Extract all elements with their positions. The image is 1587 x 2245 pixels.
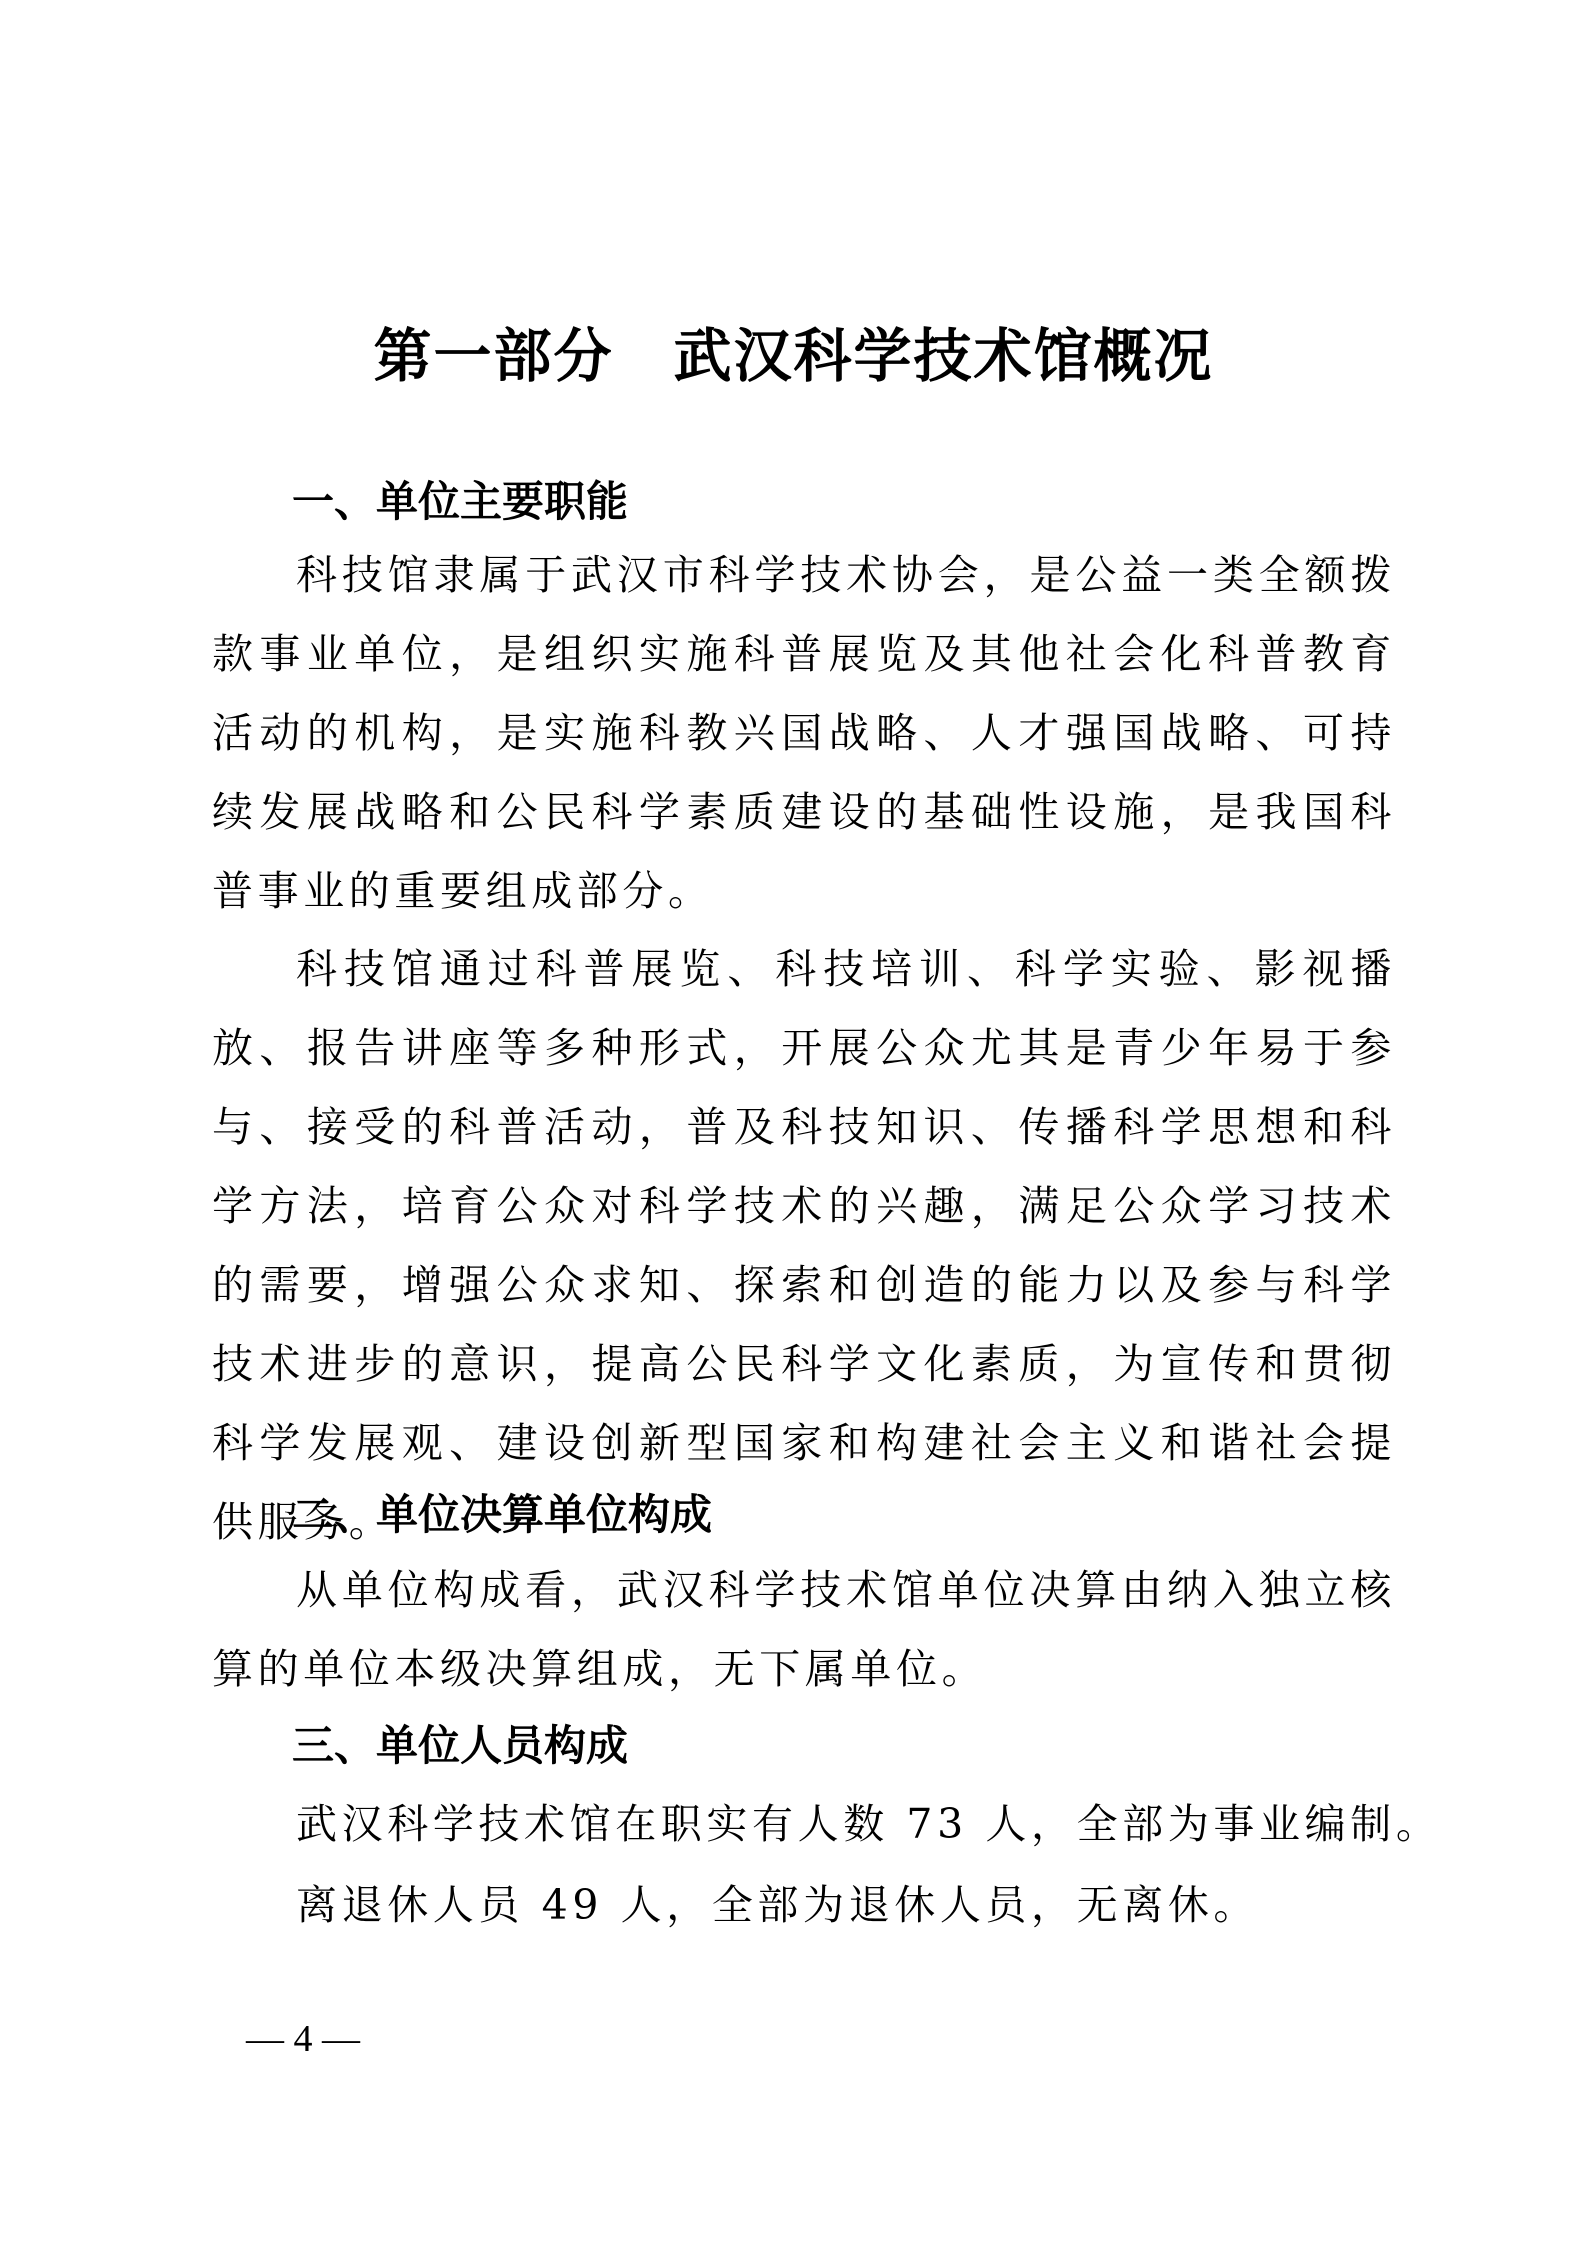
paragraph-functions-2: 科技馆通过科普展览、科技培训、科学实验、影视播放、报告讲座等多种形式，开展公众尤… xyxy=(212,930,1396,1562)
page-number: — 4 — xyxy=(246,2014,360,2064)
page-title: 第一部分 武汉科学技术馆概况 xyxy=(0,318,1587,394)
section-heading-staff: 三、单位人员构成 xyxy=(292,1716,628,1776)
paragraph-functions-1: 科技馆隶属于武汉市科学技术协会，是公益一类全额拨款事业单位，是组织实施科普展览及… xyxy=(212,536,1396,931)
document-page: 第一部分 武汉科学技术馆概况 一、单位主要职能 科技馆隶属于武汉市科学技术协会，… xyxy=(0,0,1587,2245)
section-heading-functions: 一、单位主要职能 xyxy=(292,472,628,532)
section-heading-composition: 二、单位决算单位构成 xyxy=(292,1485,712,1545)
paragraph-composition: 从单位构成看，武汉科学技术馆单位决算由纳入独立核算的单位本级决算组成，无下属单位… xyxy=(212,1551,1396,1709)
staff-active-count: 武汉科学技术馆在职实有人数 73 人，全部为事业编制。 xyxy=(296,1794,1441,1854)
staff-retired-count: 离退休人员 49 人，全部为退休人员，无离休。 xyxy=(296,1875,1259,1935)
